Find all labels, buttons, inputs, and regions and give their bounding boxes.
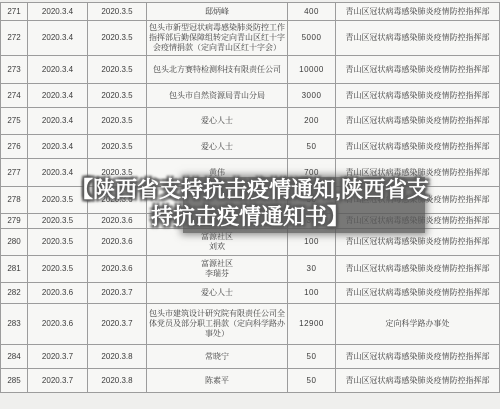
date1-cell: 2020.3.4 bbox=[28, 135, 88, 159]
recipient-cell: 青山区冠状病毒感染肺炎疫情防控指挥部 bbox=[336, 283, 500, 304]
date1-cell: 2020.3.4 bbox=[28, 108, 88, 135]
date2-cell: 2020.3.8 bbox=[88, 369, 147, 393]
recipient-cell: 青山区冠状病毒感染肺炎疫情防控指挥部 bbox=[336, 56, 500, 84]
date2-cell: 2020.3.5 bbox=[88, 21, 147, 56]
recipient-cell: 青山区冠状病毒感染肺炎疫情防控指挥部 bbox=[336, 108, 500, 135]
row-number-cell: 281 bbox=[1, 256, 28, 283]
watermark-title-line2: 持抗击疫情通知书】 bbox=[0, 203, 500, 230]
date1-cell: 2020.3.6 bbox=[28, 304, 88, 345]
donor-cell: 包头市新型冠状病毒感染肺炎防控工作指挥部后勤保障组转定向青山区红十字会疫情捐款（… bbox=[147, 21, 288, 56]
row-number-cell: 271 bbox=[1, 3, 28, 21]
donor-cell: 包头北方赛特检测科技有限责任公司 bbox=[147, 56, 288, 84]
date2-cell: 2020.3.6 bbox=[88, 229, 147, 256]
table-row: 2712020.3.42020.3.5邸炳峰400青山区冠状病毒感染肺炎疫情防控… bbox=[1, 3, 500, 21]
recipient-cell: 青山区冠状病毒感染肺炎疫情防控指挥部 bbox=[336, 256, 500, 283]
row-number-cell: 284 bbox=[1, 345, 28, 369]
table-row: 2762020.3.42020.3.5爱心人士50青山区冠状病毒感染肺炎疫情防控… bbox=[1, 135, 500, 159]
recipient-cell: 青山区冠状病毒感染肺炎疫情防控指挥部 bbox=[336, 135, 500, 159]
date2-cell: 2020.3.7 bbox=[88, 304, 147, 345]
table-row: 2822020.3.62020.3.7爱心人士100青山区冠状病毒感染肺炎疫情防… bbox=[1, 283, 500, 304]
date1-cell: 2020.3.4 bbox=[28, 56, 88, 84]
row-number-cell: 285 bbox=[1, 369, 28, 393]
donor-cell: 常晓宁 bbox=[147, 345, 288, 369]
row-number-cell: 282 bbox=[1, 283, 28, 304]
date1-cell: 2020.3.4 bbox=[28, 84, 88, 108]
donor-cell: 包头市自然资源局青山分局 bbox=[147, 84, 288, 108]
table-row: 2832020.3.62020.3.7包头市建筑设计研究院有限责任公司全体党员及… bbox=[1, 304, 500, 345]
row-number-cell: 283 bbox=[1, 304, 28, 345]
row-number-cell: 280 bbox=[1, 229, 28, 256]
donor-cell: 包头市建筑设计研究院有限责任公司全体党员及部分职工捐款（定向科学路办事处） bbox=[147, 304, 288, 345]
donor-cell: 爱心人士 bbox=[147, 108, 288, 135]
date2-cell: 2020.3.8 bbox=[88, 345, 147, 369]
recipient-cell: 青山区冠状病毒感染肺炎疫情防控指挥部 bbox=[336, 345, 500, 369]
date1-cell: 2020.3.4 bbox=[28, 21, 88, 56]
row-number-cell: 272 bbox=[1, 21, 28, 56]
donor-cell: 富源社区 李瑞芬 bbox=[147, 256, 288, 283]
row-number-cell: 273 bbox=[1, 56, 28, 84]
row-number-cell: 275 bbox=[1, 108, 28, 135]
amount-cell: 50 bbox=[288, 135, 336, 159]
table-row: 2812020.3.52020.3.6富源社区 李瑞芬30青山区冠状病毒感染肺炎… bbox=[1, 256, 500, 283]
date2-cell: 2020.3.5 bbox=[88, 108, 147, 135]
amount-cell: 3000 bbox=[288, 84, 336, 108]
date1-cell: 2020.3.4 bbox=[28, 3, 88, 21]
amount-cell: 30 bbox=[288, 256, 336, 283]
amount-cell: 50 bbox=[288, 345, 336, 369]
date2-cell: 2020.3.5 bbox=[88, 56, 147, 84]
donor-cell: 爱心人士 bbox=[147, 283, 288, 304]
date2-cell: 2020.3.7 bbox=[88, 283, 147, 304]
amount-cell: 100 bbox=[288, 283, 336, 304]
table-row: 2722020.3.42020.3.5包头市新型冠状病毒感染肺炎防控工作指挥部后… bbox=[1, 21, 500, 56]
donor-cell: 爱心人士 bbox=[147, 135, 288, 159]
date2-cell: 2020.3.5 bbox=[88, 135, 147, 159]
amount-cell: 5000 bbox=[288, 21, 336, 56]
table-row: 2852020.3.72020.3.8陈素平50青山区冠状病毒感染肺炎疫情防控指… bbox=[1, 369, 500, 393]
date2-cell: 2020.3.5 bbox=[88, 3, 147, 21]
recipient-cell: 青山区冠状病毒感染肺炎疫情防控指挥部 bbox=[336, 369, 500, 393]
date1-cell: 2020.3.6 bbox=[28, 283, 88, 304]
screenshot-root: 2712020.3.42020.3.5邸炳峰400青山区冠状病毒感染肺炎疫情防控… bbox=[0, 0, 500, 409]
date1-cell: 2020.3.5 bbox=[28, 256, 88, 283]
donor-cell: 陈素平 bbox=[147, 369, 288, 393]
recipient-cell: 青山区冠状病毒感染肺炎疫情防控指挥部 bbox=[336, 84, 500, 108]
watermark-title: 【陕西省支持抗击疫情通知,陕西省支 持抗击疫情通知书】 bbox=[0, 176, 500, 230]
amount-cell: 10000 bbox=[288, 56, 336, 84]
table-row: 2732020.3.42020.3.5包头北方赛特检测科技有限责任公司10000… bbox=[1, 56, 500, 84]
date2-cell: 2020.3.6 bbox=[88, 256, 147, 283]
date1-cell: 2020.3.7 bbox=[28, 369, 88, 393]
date1-cell: 2020.3.7 bbox=[28, 345, 88, 369]
amount-cell: 50 bbox=[288, 369, 336, 393]
date1-cell: 2020.3.5 bbox=[28, 229, 88, 256]
amount-cell: 12900 bbox=[288, 304, 336, 345]
donor-cell: 邸炳峰 bbox=[147, 3, 288, 21]
amount-cell: 400 bbox=[288, 3, 336, 21]
date2-cell: 2020.3.5 bbox=[88, 84, 147, 108]
recipient-cell: 青山区冠状病毒感染肺炎疫情防控指挥部 bbox=[336, 3, 500, 21]
watermark-title-line1: 【陕西省支持抗击疫情通知,陕西省支 bbox=[0, 176, 500, 203]
table-row: 2842020.3.72020.3.8常晓宁50青山区冠状病毒感染肺炎疫情防控指… bbox=[1, 345, 500, 369]
row-number-cell: 274 bbox=[1, 84, 28, 108]
recipient-cell: 青山区冠状病毒感染肺炎疫情防控指挥部 bbox=[336, 21, 500, 56]
table-row: 2752020.3.42020.3.5爱心人士200青山区冠状病毒感染肺炎疫情防… bbox=[1, 108, 500, 135]
amount-cell: 200 bbox=[288, 108, 336, 135]
row-number-cell: 276 bbox=[1, 135, 28, 159]
recipient-cell: 定向科学路办事处 bbox=[336, 304, 500, 345]
table-row: 2742020.3.42020.3.5包头市自然资源局青山分局3000青山区冠状… bbox=[1, 84, 500, 108]
